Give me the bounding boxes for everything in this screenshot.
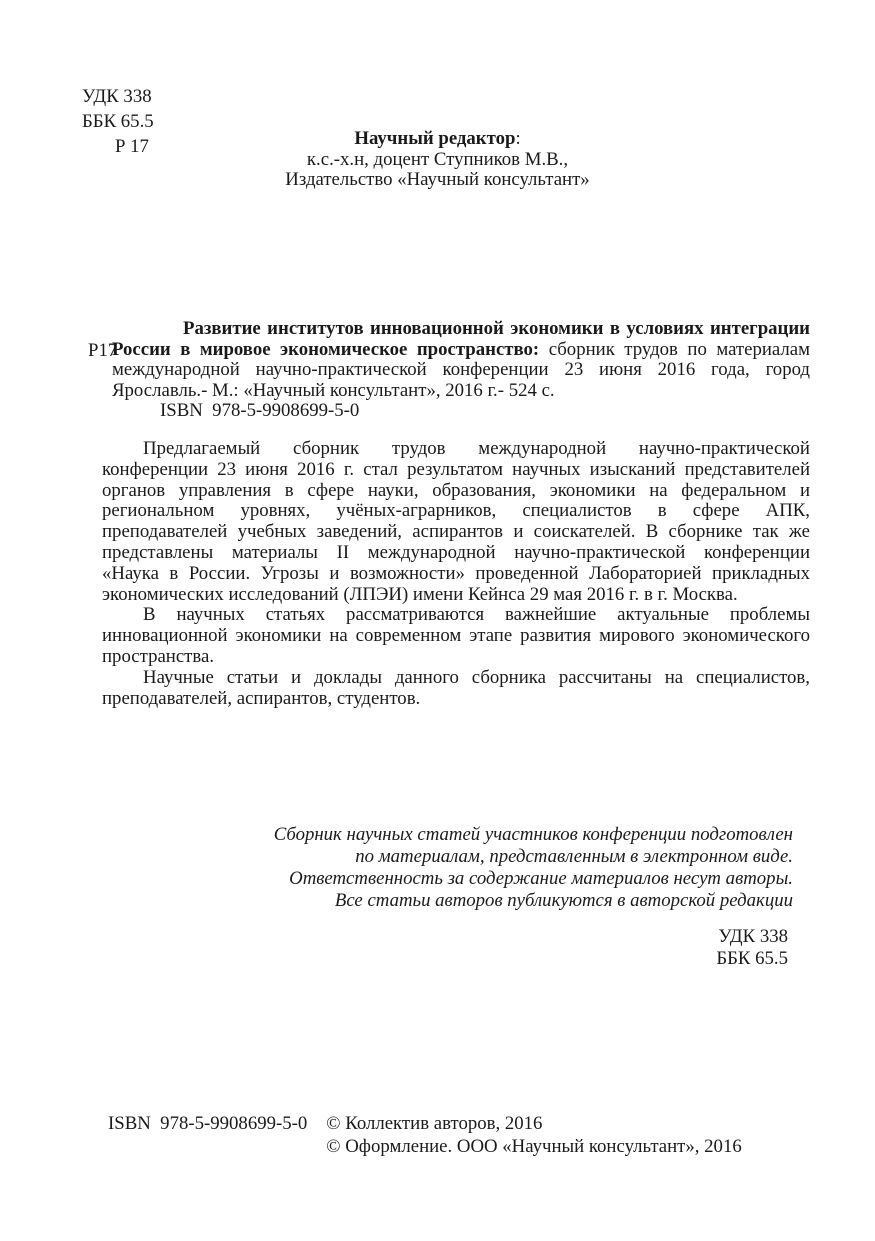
- disclaimer-block: Сборник научных статей участников конфер…: [274, 824, 793, 912]
- paragraph-line: пространства.: [102, 647, 810, 668]
- footer-block: ISBN 978-5-9908699-5-0 © Коллектив автор…: [108, 1112, 742, 1158]
- paragraph-line: преподавателей учебных заведений, аспира…: [102, 522, 810, 543]
- bibliographic-annotation: Развитие институтов инновационной эконом…: [112, 319, 810, 422]
- editor-heading-bold: Научный редактор: [354, 128, 515, 149]
- udc-code-bottom: УДК 338: [716, 926, 788, 948]
- annotation-line-1: Развитие институтов инновационной эконом…: [112, 319, 810, 340]
- paragraph-line: экономических исследований (ЛПЭИ) имени …: [102, 585, 810, 606]
- footer-isbn: ISBN 978-5-9908699-5-0: [108, 1112, 307, 1135]
- annotation-line-3: международной научно-практической конфер…: [112, 360, 810, 381]
- copyright-publisher: © Оформление. ООО «Научный консультант»,…: [326, 1135, 741, 1158]
- paragraph-line: региональном уровнях, учёных-аграрников,…: [102, 501, 810, 522]
- document-page: УДК 338 ББК 65.5 Р 17 Научный редактор: …: [0, 0, 875, 1241]
- annotation-line-2: России в мировое экономическое пространс…: [112, 340, 810, 361]
- paragraph-line: Научные статьи и доклады данного сборник…: [102, 668, 810, 689]
- annotation-line-2-rest: сборник трудов по материалам: [539, 339, 810, 360]
- annotation-isbn: ISBN 978-5-9908699-5-0: [112, 401, 810, 422]
- copyright-authors: © Коллектив авторов, 2016: [326, 1112, 741, 1135]
- editor-heading: Научный редактор:: [0, 129, 875, 150]
- paragraph-line: конференции 23 июня 2016 г. стал результ…: [102, 460, 810, 481]
- paragraph-line: преподавателей, аспирантов, студентов.: [102, 689, 810, 710]
- editor-block: Научный редактор: к.с.-х.н, доцент Ступн…: [0, 129, 875, 191]
- body-text: Предлагаемый сборник трудов международно…: [102, 439, 810, 709]
- paragraph-3: Научные статьи и доклады данного сборник…: [102, 668, 810, 710]
- disclaimer-line: Все статьи авторов публикуются в авторск…: [274, 890, 793, 912]
- paragraph-line: представлены материалы II международной …: [102, 543, 810, 564]
- paragraph-line: Предлагаемый сборник трудов международно…: [102, 439, 810, 460]
- editor-heading-colon: :: [515, 128, 520, 149]
- disclaimer-line: Сборник научных статей участников конфер…: [274, 824, 793, 846]
- editor-publisher: Издательство «Научный консультант»: [0, 170, 875, 191]
- annotation-title-bold: России в мировое экономическое пространс…: [112, 339, 539, 360]
- paragraph-line: В научных статьях рассматриваются важней…: [102, 605, 810, 626]
- annotation-line-4: Ярославль.- М.: «Научный консультант», 2…: [112, 381, 810, 402]
- catalog-codes-bottom: УДК 338 ББК 65.5: [716, 926, 788, 970]
- paragraph-1: Предлагаемый сборник трудов международно…: [102, 439, 810, 605]
- bbk-code-bottom: ББК 65.5: [716, 948, 788, 970]
- paragraph-line: инновационной экономики на современном э…: [102, 626, 810, 647]
- disclaimer-line: по материалам, представленным в электрон…: [274, 846, 793, 868]
- paragraph-line: органов управления в сфере науки, образо…: [102, 481, 810, 502]
- disclaimer-line: Ответственность за содержание материалов…: [274, 868, 793, 890]
- footer-copyrights: © Коллектив авторов, 2016 © Оформление. …: [326, 1112, 741, 1158]
- paragraph-2: В научных статьях рассматриваются важней…: [102, 605, 810, 667]
- editor-name: к.с.-х.н, доцент Ступников М.В.,: [0, 150, 875, 171]
- paragraph-line: «Наука в России. Угрозы и возможности» п…: [102, 564, 810, 585]
- udc-code-top: УДК 338: [82, 84, 154, 109]
